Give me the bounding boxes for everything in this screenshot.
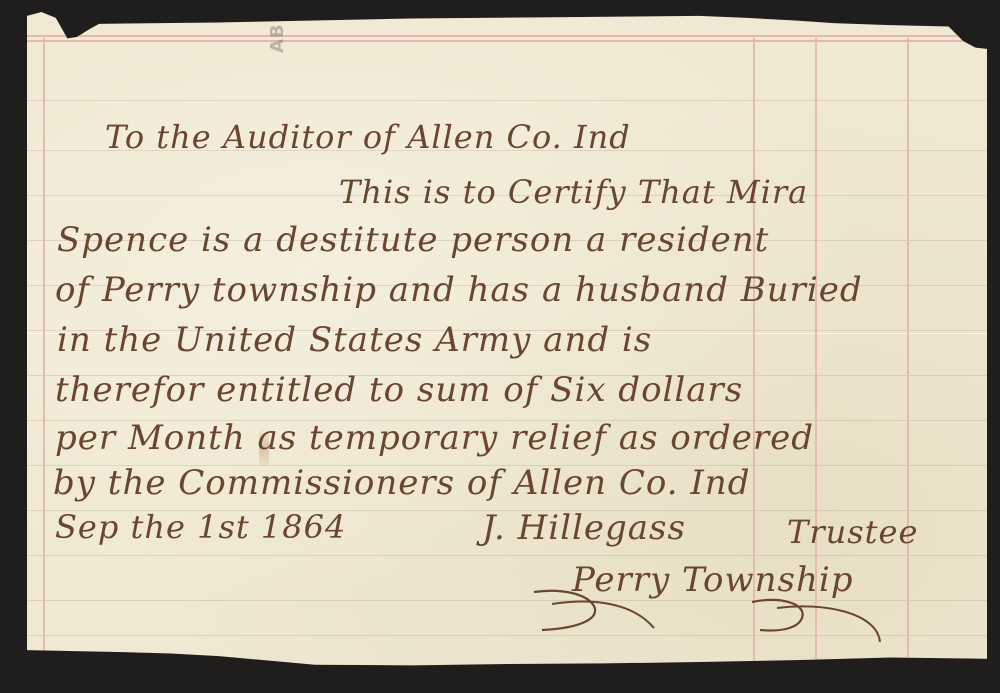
body-line-4: in the United States Army and is bbox=[57, 320, 652, 360]
body-line-3: of Perry township and has a husband Buri… bbox=[55, 270, 863, 310]
column-rule bbox=[907, 38, 909, 668]
header-rule bbox=[27, 40, 987, 42]
body-line-1: This is to Certify That Mira bbox=[339, 173, 808, 211]
ledger-rule bbox=[27, 555, 987, 556]
margin-rule bbox=[43, 38, 45, 668]
body-line-6: per Month as temporary relief as ordered bbox=[55, 418, 814, 458]
date-line: Sep the 1st 1864 bbox=[55, 508, 346, 546]
document-page: AB To the Auditor of Allen Co. Ind This … bbox=[27, 8, 987, 668]
header-rule bbox=[27, 35, 987, 37]
salutation-line: To the Auditor of Allen Co. Ind bbox=[105, 118, 631, 156]
archive-stamp: AB bbox=[267, 23, 288, 53]
scan-background: AB To the Auditor of Allen Co. Ind This … bbox=[0, 0, 1000, 693]
signature-name: J. Hillegass bbox=[482, 508, 686, 548]
flourish-right bbox=[752, 594, 892, 654]
body-line-5: therefor entitled to sum of Six dollars bbox=[55, 370, 743, 410]
signature-title: Trustee bbox=[787, 513, 918, 551]
body-line-7: by the Commissioners of Allen Co. Ind bbox=[53, 463, 750, 503]
body-line-2: Spence is a destitute person a resident bbox=[57, 220, 769, 260]
flourish-left bbox=[532, 588, 672, 643]
ledger-rule bbox=[27, 100, 987, 101]
